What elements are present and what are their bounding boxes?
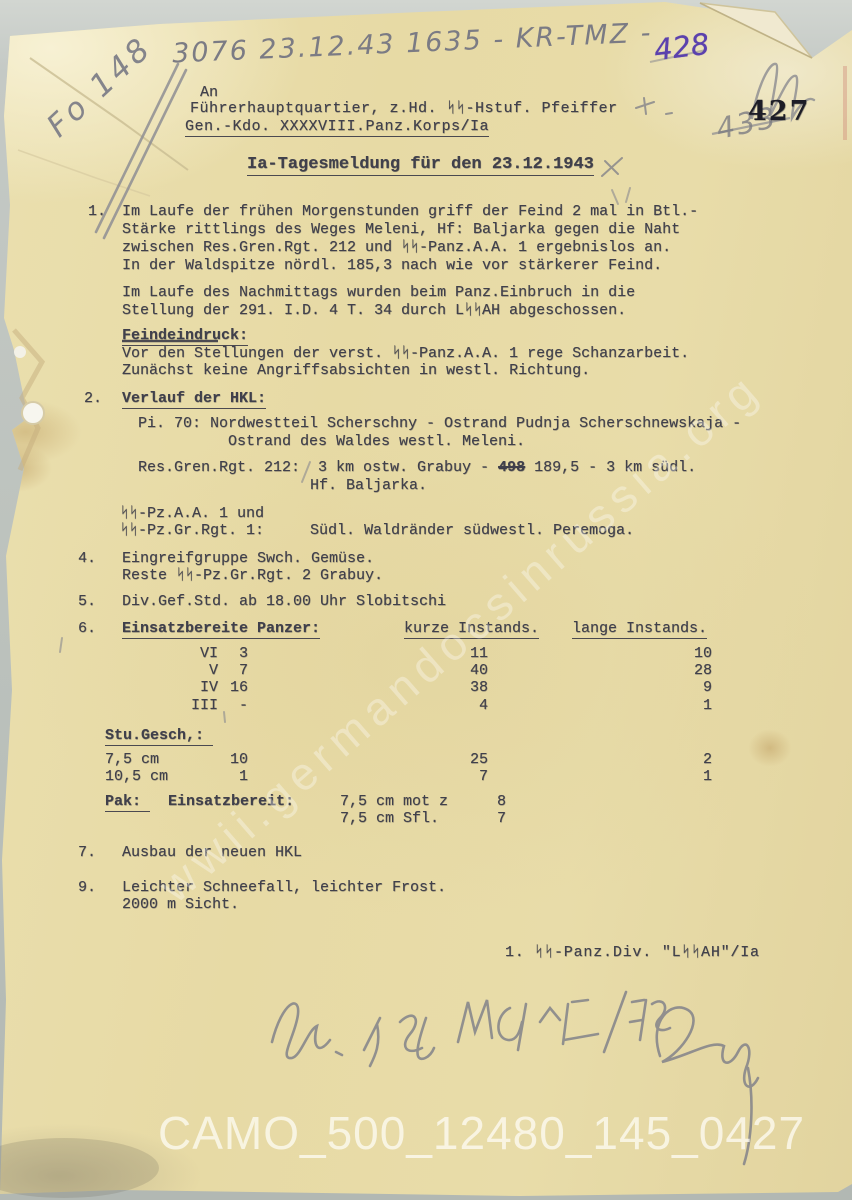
body-line: Reste ᛋᛋ-Pz.Gr.Rgt. 2 Grabuy.: [122, 567, 383, 584]
pak-label: Pak:: [105, 793, 150, 812]
scanned-document: 3076 23.12.43 1635 - KR-TMZ - 428 433 Fo…: [0, 0, 852, 1200]
handwritten-purple-number: 428: [652, 27, 711, 67]
struck-number: 498: [498, 459, 525, 476]
panzer-ready: 7: [176, 662, 248, 679]
stug-type: 7,5 cm: [105, 751, 159, 768]
body-line: Stellung der 291. I.D. 4 T. 34 durch Lᛋᛋ…: [122, 302, 626, 319]
item-number: 2.: [84, 390, 102, 407]
body-line: ᛋᛋ-Pz.A.A. 1 und: [120, 505, 264, 522]
salutation: An: [200, 84, 218, 101]
panzer-ready: 16: [176, 679, 248, 696]
stug-lang: 2: [600, 751, 712, 768]
document-title: Ia-Tagesmeldung für den 23.12.1943: [247, 155, 594, 176]
body-line: Stärke rittlings des Weges Meleni, Hf: B…: [122, 221, 680, 238]
hkl-heading: Verlauf der HKL:: [122, 390, 266, 409]
panzer-ready: 3: [176, 645, 248, 662]
body-line: Div.Gef.Std. ab 18.00 Uhr Slobitschi: [122, 593, 446, 610]
pak-count: 8: [480, 793, 506, 810]
panzer-lang: 9: [600, 679, 712, 696]
body-line: Eingreifgruppe Swch. Gemüse.: [122, 550, 374, 567]
item-number: 1.: [88, 203, 106, 220]
body-line: Hf. Baljarka.: [310, 477, 427, 494]
body-line: Im Laufe des Nachmittags wurden beim Pan…: [122, 284, 635, 301]
archive-id-watermark: CAMO_500_12480_145_0427: [158, 1106, 805, 1160]
body-line: zwischen Res.Gren.Rgt. 212 und ᛋᛋ-Panz.A…: [122, 239, 671, 256]
stug-lang: 1: [600, 768, 712, 785]
item-number: 5.: [78, 593, 96, 610]
stug-ready: 10: [176, 751, 248, 768]
enemy-impression-heading: Feindeindruck:: [122, 327, 248, 346]
addressee-line: Führerhauptquartier, z.Hd. ᛋᛋ-Hstuf. Pfe…: [190, 100, 618, 117]
body-line: ᛋᛋ-Pz.Gr.Rgt. 1:: [120, 522, 264, 539]
column-header-long-repair: lange Instands.: [572, 620, 707, 639]
stug-kurz: 7: [380, 768, 488, 785]
item-number: 4.: [78, 550, 96, 567]
panzer-lang: 28: [600, 662, 712, 679]
issuing-unit: 1. ᛋᛋ-Panz.Div. "LᛋᛋAH"/Ia: [505, 944, 760, 961]
pak-type: 7,5 cm mot z: [340, 793, 448, 810]
panzer-lang: 1: [600, 697, 712, 714]
item-number: 9.: [78, 879, 96, 896]
panzer-ready: -: [176, 697, 248, 714]
body-line: Ostrand des Waldes westl. Meleni.: [228, 433, 525, 450]
stug-kurz: 25: [380, 751, 488, 768]
stug-type: 10,5 cm: [105, 768, 168, 785]
item-number: 7.: [78, 844, 96, 861]
body-line: Im Laufe der frühen Morgenstunden griff …: [122, 203, 698, 220]
body-line: In der Waldspitze nördl. 185,3 nach wie …: [122, 257, 662, 274]
panzer-table-heading: Einsatzbereite Panzer:: [122, 620, 320, 639]
page-number-stamp: 427: [748, 96, 810, 127]
sender-line: Gen.-Kdo. XXXXVIII.Panz.Korps/Ia: [185, 118, 489, 137]
body-line: Zunächst keine Angriffsabsichten in west…: [122, 362, 590, 379]
body-line: Vor den Stellungen der verst. ᛋᛋ-Panz.A.…: [122, 345, 689, 362]
stug-heading: Stu.Gesch,:: [105, 727, 213, 746]
pak-type: 7,5 cm Sfl.: [340, 810, 439, 827]
panzer-lang: 10: [600, 645, 712, 662]
pak-count: 7: [480, 810, 506, 827]
item-number: 6.: [78, 620, 96, 637]
stug-ready: 1: [176, 768, 248, 785]
body-line: Pi. 70: Nordwestteil Scherschny - Ostran…: [138, 415, 741, 432]
